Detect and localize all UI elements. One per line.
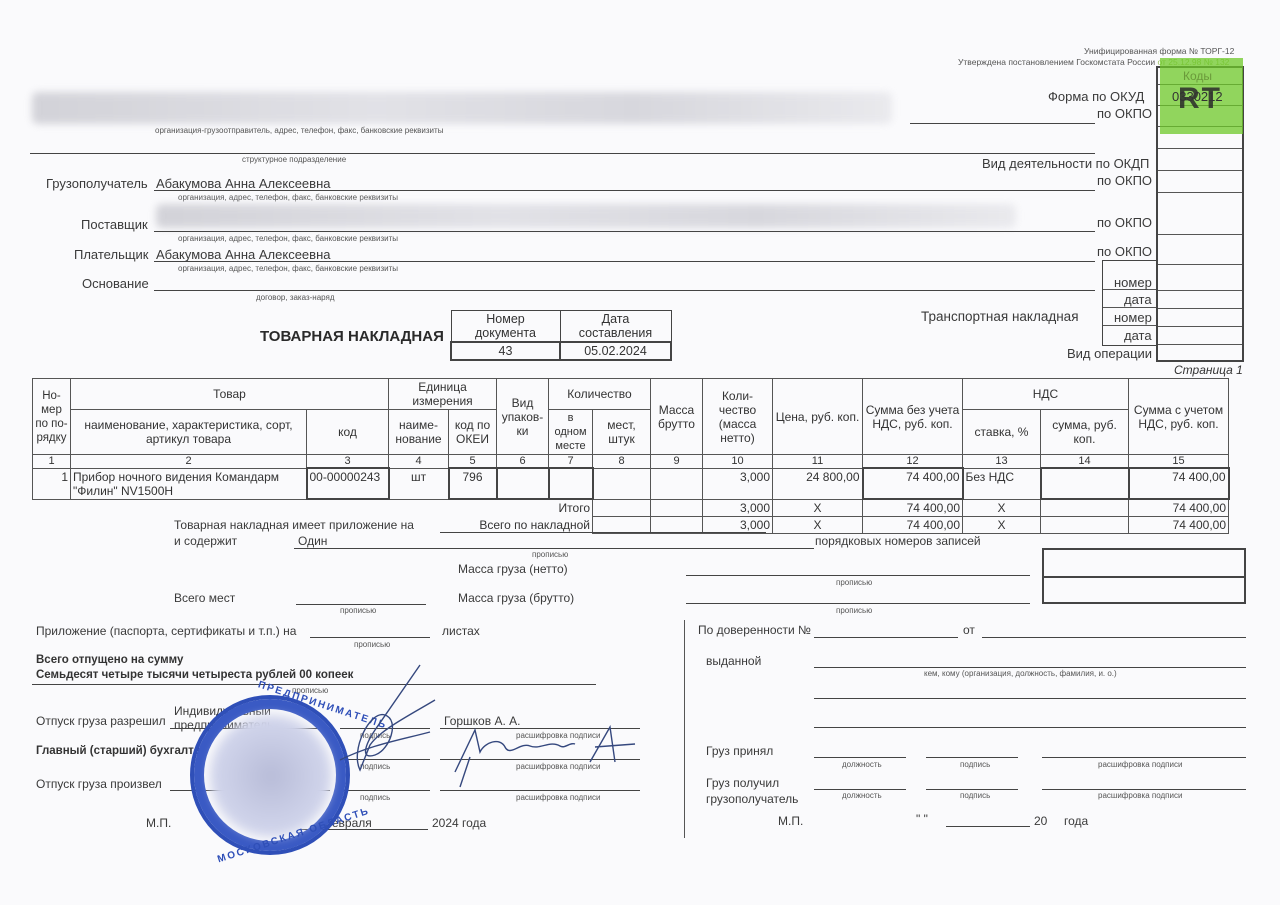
total-vat-rate: X (963, 499, 1041, 517)
th-sum-vat: Сумма с учетом НДС, руб. коп. (1129, 379, 1229, 455)
grand-total-vat-sum (1041, 517, 1129, 534)
okdp-label: Вид деятельности по ОКДП (982, 156, 1149, 171)
supplier-redacted (156, 204, 1016, 228)
basis-label: Основание (82, 276, 149, 291)
proxy-label: По доверенности № (698, 623, 811, 637)
gross-mass-label: Масса груза (брутто) (458, 591, 574, 605)
doc-number-header: Номер документа (451, 311, 560, 343)
th-vat-rate: ставка, % (963, 410, 1041, 455)
total-released-label: Всего отпущено на сумму (36, 654, 183, 666)
number-label-2: номер (1114, 310, 1152, 325)
column-number: 8 (593, 455, 651, 469)
places-label: Всего мест (174, 591, 235, 605)
cell-pack (497, 468, 549, 499)
shipper-caption: организация-грузоотправитель, адрес, тел… (155, 126, 443, 135)
cell-net: 3,000 (703, 468, 773, 499)
th-qty-one: в одном месте (549, 410, 593, 455)
shipper-redacted (32, 92, 892, 124)
attachment-label: Товарная накладная имеет приложение на (174, 518, 414, 532)
contains-label: и содержит (174, 534, 237, 548)
date-right-year: 20 (1034, 814, 1047, 828)
date-label-1: дата (1124, 292, 1152, 307)
okpo-label-2: по ОКПО (1097, 173, 1152, 188)
th-unit-name: наиме-нование (389, 410, 449, 455)
th-qty-places: мест, штук (593, 410, 651, 455)
in-words-caption-2: прописью (836, 578, 872, 587)
cell-price: 24 800,00 (773, 468, 863, 499)
cell-okei: 796 (449, 468, 497, 499)
signature-caption-5: подпись (960, 791, 990, 800)
sheets-label: листах (442, 624, 480, 638)
column-number: 12 (863, 455, 963, 469)
from-label: от (963, 623, 975, 637)
th-goods: Товар (71, 379, 389, 410)
doc-date-header: Дата составления (560, 311, 671, 343)
approval-label: Утверждена постановлением Госкомстата Ро… (958, 57, 1155, 67)
date-label-2: дата (1124, 328, 1152, 343)
payer-label: Плательщик (74, 247, 148, 262)
consignee-caption: организация, адрес, телефон, факс, банко… (178, 193, 398, 202)
th-unit-okei: код по ОКЕИ (449, 410, 497, 455)
doc-date: 05.02.2024 (560, 342, 671, 360)
th-goods-code: код (307, 410, 389, 455)
th-unit: Единица измерения (389, 379, 497, 410)
received-label: Груз получил грузополучатель (706, 775, 806, 807)
th-vat: НДС (963, 379, 1129, 410)
column-number: 13 (963, 455, 1041, 469)
issued-caption: кем, кому (организация, должность, фамил… (924, 669, 1117, 678)
accountant-label: Главный (старший) бухгалтер (36, 745, 207, 757)
cell-qty-one (549, 468, 593, 499)
goods-table: Но-мер по по-рядку Товар Единица измерен… (32, 378, 1230, 534)
grand-total-vat-rate: X (963, 517, 1041, 534)
column-number: 5 (449, 455, 497, 469)
cell-vat-sum (1041, 468, 1129, 499)
stamp-label-right: М.П. (778, 814, 803, 828)
consignee-value: Абакумова Анна Алексеевна (156, 176, 330, 191)
total-net: 3,000 (703, 499, 773, 517)
total-row: Итого 3,000 X 74 400,00 X 74 400,00 (33, 499, 1229, 517)
column-numbers-row: 123456789101112131415 (33, 455, 1229, 469)
column-number: 10 (703, 455, 773, 469)
page-label: Страница 1 (1174, 363, 1243, 377)
okpo-label-4: по ОКПО (1097, 244, 1152, 259)
date-right-suffix: года (1064, 814, 1088, 828)
grand-total-sum-no-vat: 74 400,00 (863, 517, 963, 534)
total-price: X (773, 499, 863, 517)
th-vat-sum: сумма, руб. коп. (1041, 410, 1129, 455)
cell-sum-no-vat: 74 400,00 (863, 468, 963, 499)
column-number: 3 (307, 455, 389, 469)
consignee-label: Грузополучатель (46, 176, 148, 191)
column-number: 14 (1041, 455, 1129, 469)
okpo-label-1: по ОКПО (1097, 106, 1152, 121)
grand-total-net: 3,000 (703, 517, 773, 534)
total-label: Итого (33, 499, 593, 517)
in-words-caption-5: прописью (354, 640, 390, 649)
th-pack: Вид упаков-ки (497, 379, 549, 455)
signature-scribble-2 (440, 722, 640, 792)
okud-code: 0330212 (1172, 89, 1223, 104)
form-name: Унифицированная форма № ТОРГ-12 (1084, 46, 1234, 56)
division-caption: структурное подразделение (242, 155, 346, 164)
th-sum-no-vat: Сумма без учета НДС, руб. коп. (863, 379, 963, 455)
total-sum-vat: 74 400,00 (1129, 499, 1229, 517)
column-number: 6 (497, 455, 549, 469)
th-gross: Масса брутто (651, 379, 703, 455)
transport-label: Транспортная накладная (921, 309, 1079, 324)
cell-name: Прибор ночного видения Командарм "Филин"… (71, 468, 307, 499)
decoding-caption-3: расшифровка подписи (516, 793, 600, 802)
allowed-label: Отпуск груза разрешил (36, 714, 166, 728)
cell-vat-rate: Без НДС (963, 468, 1041, 499)
th-net: Коли-чество (масса нетто) (703, 379, 773, 455)
cell-num: 1 (33, 468, 71, 499)
codes-header: Коды (1183, 69, 1212, 83)
column-number: 9 (651, 455, 703, 469)
payer-value: Абакумова Анна Алексеевна (156, 247, 330, 262)
signature-caption-3: подпись (360, 793, 390, 802)
column-number: 1 (33, 455, 71, 469)
docs-label: Приложение (паспорта, сертификаты и т.п.… (36, 624, 296, 638)
signature-caption-4: подпись (960, 760, 990, 769)
column-number: 2 (71, 455, 307, 469)
cell-qty-places (593, 468, 651, 499)
records-label: порядковых номеров записей (815, 534, 981, 548)
grand-total-price: X (773, 517, 863, 534)
th-goods-name: наименование, характеристика, сорт, арти… (71, 410, 307, 455)
supplier-caption: организация, адрес, телефон, факс, банко… (178, 234, 398, 243)
mass-box (1042, 548, 1246, 604)
stamp-redacted (210, 715, 332, 837)
cell-code: 00-00000243 (307, 468, 389, 499)
column-number: 11 (773, 455, 863, 469)
net-mass-label: Масса груза (нетто) (458, 562, 568, 576)
okpo-label-3: по ОКПО (1097, 215, 1152, 230)
decoding-caption-5: расшифровка подписи (1098, 791, 1182, 800)
total-released-value: Семьдесят четыре тысячи четыреста рублей… (36, 669, 353, 681)
position-caption-2: должность (842, 791, 882, 800)
basis-caption: договор, заказ-наряд (256, 293, 335, 302)
total-vat-sum (1041, 499, 1129, 517)
th-qty: Количество (549, 379, 651, 410)
decoding-caption-4: расшифровка подписи (1098, 760, 1182, 769)
total-sum-no-vat: 74 400,00 (863, 499, 963, 517)
operation-label: Вид операции (1067, 346, 1152, 361)
stamp-label-left: М.П. (146, 816, 171, 830)
contains-value: Один (298, 534, 327, 548)
date-right-quotes: " " (916, 812, 928, 826)
cell-gross (651, 468, 703, 499)
th-price: Цена, руб. коп. (773, 379, 863, 455)
supplier-label: Поставщик (81, 217, 148, 232)
issued-label: выданной (706, 654, 761, 668)
document-number-table: Номер документа Дата составления 43 05.0… (450, 310, 672, 361)
column-number: 7 (549, 455, 593, 469)
number-label-1: номер (1114, 275, 1152, 290)
accepted-label: Груз принял (706, 744, 773, 758)
column-number: 15 (1129, 455, 1229, 469)
released-label: Отпуск груза произвел (36, 777, 162, 791)
th-num: Но-мер по по-рядку (33, 379, 71, 455)
position-caption-1: должность (842, 760, 882, 769)
signature-scribble-1 (330, 660, 440, 790)
in-words-caption-1: прописью (532, 550, 568, 559)
doc-number: 43 (451, 342, 560, 360)
cell-sum-vat: 74 400,00 (1129, 468, 1229, 499)
in-words-caption-4: прописью (836, 606, 872, 615)
table-row: 1Прибор ночного видения Командарм "Филин… (33, 468, 1229, 499)
okud-label: Форма по ОКУД (1048, 89, 1144, 104)
grand-total-sum-vat: 74 400,00 (1129, 517, 1229, 534)
column-number: 4 (389, 455, 449, 469)
date-left-year: 2024 года (432, 816, 486, 830)
document-title: ТОВАРНАЯ НАКЛАДНАЯ (260, 328, 444, 345)
cell-unit: шт (389, 468, 449, 499)
payer-caption: организация, адрес, телефон, факс, банко… (178, 264, 398, 273)
in-words-caption-3: прописью (340, 606, 376, 615)
